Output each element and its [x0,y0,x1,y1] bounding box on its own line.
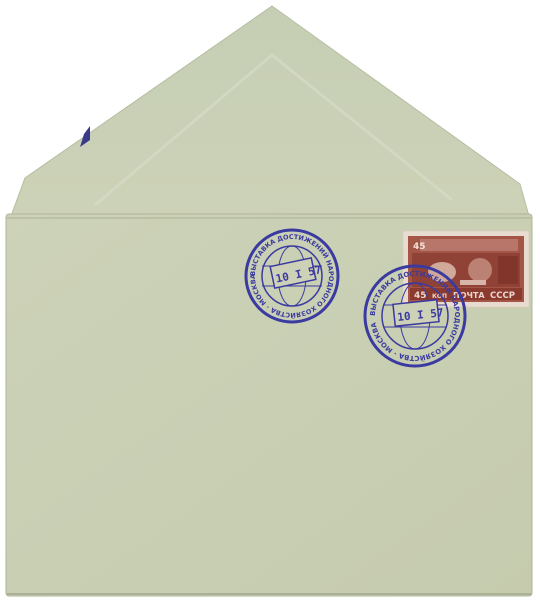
envelope-flap [11,6,529,216]
envelope-photo: 45 45 КОП ПОЧТА СССР 10 I 57 ВЫСТАВКА ДО… [0,0,540,601]
stamp-country: СССР [490,291,515,301]
postage-stamp: 45 45 КОП ПОЧТА СССР [403,231,529,307]
stamp-value: 45 [414,291,427,301]
stamp-top-banner [420,239,518,251]
svg-text:45: 45 [413,242,426,252]
stamp-scene [412,253,520,287]
